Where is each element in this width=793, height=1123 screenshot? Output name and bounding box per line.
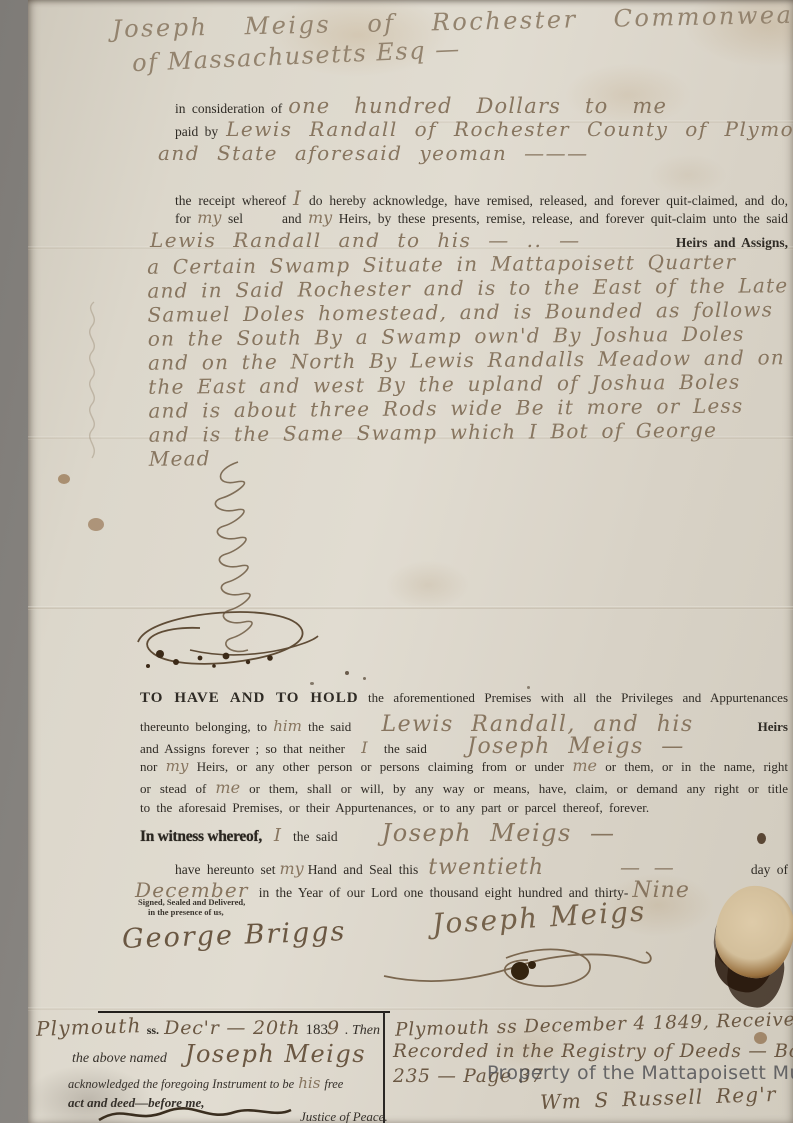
printed-text: nor: [140, 759, 157, 774]
attestation-line-1: Signed, Sealed and Delivered,: [138, 897, 245, 907]
column-divider: [383, 1012, 385, 1123]
handwritten-text: I: [274, 825, 281, 846]
handwritten-text: my: [279, 859, 303, 878]
recording-line-2: Recorded in the Registry of Deeds — Book: [393, 1041, 793, 1062]
justice-signature-scrawl: [95, 1102, 295, 1123]
printed-text: or them, or in the name, right: [605, 759, 788, 774]
printed-text: and Assigns forever ; so that neither: [140, 741, 345, 756]
handwritten-text: me: [572, 756, 597, 775]
scanned-deed-page: Joseph Meigs of Rochester Commonwealth o…: [0, 0, 793, 1123]
ack-justice-title: Justice of Peace.: [300, 1109, 388, 1123]
handwritten-text: Joseph Meigs —: [382, 819, 616, 847]
printed-text: have hereunto set: [175, 862, 275, 878]
receipt-line-3: Lewis Randall and to his — .. — Heirs an…: [150, 228, 788, 252]
handwritten-text: one hundred Dollars to me: [288, 94, 667, 118]
printed-text: Heirs, by these presents, remise, releas…: [339, 211, 788, 226]
printed-text: ss.: [147, 1023, 159, 1038]
printed-text: acknowledged the foregoing Instrument to…: [68, 1077, 294, 1091]
handwritten-text: Dec'r — 20th: [164, 1017, 300, 1039]
printed-title: TO HAVE AND TO HOLD: [140, 690, 359, 706]
printed-text: and: [282, 211, 302, 226]
ack-line-3: acknowledged the foregoing Instrument to…: [68, 1074, 343, 1093]
consideration-line-2: paid by Lewis Randall of Rochester Count…: [175, 117, 793, 141]
property-description: a Certain Swamp Situate in Mattapoisett …: [147, 249, 790, 471]
printed-text: 183: [305, 1022, 328, 1038]
printed-text: day of: [751, 862, 788, 878]
printed-text: or stead of: [140, 781, 206, 796]
bleedthrough-marks: [80, 298, 106, 468]
printed-text: or them, shall or will, by any way or me…: [249, 781, 788, 796]
stain: [58, 474, 70, 484]
printed-text: . Then: [345, 1023, 380, 1039]
witness-line-2: have hereunto set my Hand and Seal this …: [175, 855, 788, 880]
handwritten-text: Lewis Randall of Rochester County of Ply…: [226, 117, 793, 141]
section-rule: [98, 1011, 390, 1013]
receipt-line-1: the receipt whereof I do hereby acknowle…: [175, 186, 788, 210]
printed-text: Hand and Seal this: [308, 862, 419, 878]
printed-text: the said: [308, 719, 351, 734]
handwritten-text: my: [166, 757, 189, 775]
printed-text: the above named: [72, 1051, 167, 1066]
printed-text: the said: [384, 741, 427, 756]
handwritten-text: I: [293, 186, 302, 210]
handwritten-text: me: [215, 778, 240, 797]
printed-text: Heirs: [758, 719, 788, 735]
handwritten-text: Plymouth: [36, 1013, 142, 1041]
ink-speck: [345, 671, 349, 675]
printed-text: in consideration of: [175, 101, 282, 117]
handwritten-text: Joseph Meigs: [185, 1040, 366, 1068]
gothic-text: In witness whereof,: [140, 828, 262, 845]
habendum-line-6: to the aforesaid Premises, or their Appu…: [140, 800, 649, 816]
handwritten-text: I: [361, 738, 367, 757]
printed-text: the said: [293, 829, 338, 844]
ack-line-2: the above named Joseph Meigs: [72, 1040, 366, 1068]
handwritten-text: my: [308, 208, 332, 227]
ack-year: 1839: [305, 1017, 339, 1039]
stain: [88, 518, 104, 531]
handwritten-text: twentieth: [428, 855, 544, 880]
witness-line-1: In witness whereof, I the said Joseph Me…: [140, 819, 615, 847]
receipt-line-2: for my sel and my Heirs, by these presen…: [175, 208, 788, 227]
stain: [757, 833, 766, 844]
signature-flourish: [378, 936, 668, 996]
printed-text: in the Year of our Lord one thousand eig…: [259, 885, 629, 900]
printed-text: the aforementioned Premises with all the…: [368, 690, 788, 705]
ink-flourish: [130, 592, 320, 682]
consideration-line-1: in consideration of one hundred Dollars …: [175, 94, 667, 118]
printed-text: for: [175, 211, 191, 226]
consideration-line-3: and State aforesaid yeoman ———: [158, 141, 589, 165]
printed-text: free: [324, 1077, 343, 1091]
ink-speck: [310, 682, 314, 685]
handwritten-text: 9: [327, 1017, 340, 1039]
handwritten-text: my: [197, 208, 221, 227]
handwritten-dashes: — —: [544, 855, 751, 879]
printed-text: do hereby acknowledge, have remised, rel…: [309, 193, 788, 208]
printed-text: sel: [228, 211, 243, 226]
handwritten-text: him: [273, 717, 302, 735]
printed-text: paid by: [175, 124, 218, 140]
printed-text: thereunto belonging, to: [140, 719, 267, 734]
handwritten-text: his: [298, 1074, 320, 1092]
museum-watermark: Property of the Mattapoisett Museum: [487, 1062, 793, 1084]
habendum-line-5: or stead of me or them, shall or will, b…: [140, 778, 788, 797]
ack-line-1: Plymouth ss. Dec'r — 20th 1839 . Then: [36, 1015, 380, 1039]
habendum-line-1: TO HAVE AND TO HOLD the aforementioned P…: [140, 690, 788, 707]
handwritten-text: Lewis Randall and to his — .. —: [150, 228, 581, 252]
ink-speck: [363, 677, 366, 680]
printed-text: Heirs, or any other person or persons cl…: [197, 759, 564, 774]
ink-speck: [527, 686, 530, 689]
printed-text: the receipt whereof: [175, 193, 286, 208]
attestation-line-2: in the presence of us,: [148, 907, 224, 917]
habendum-line-4: nor my Heirs, or any other person or per…: [140, 756, 788, 775]
